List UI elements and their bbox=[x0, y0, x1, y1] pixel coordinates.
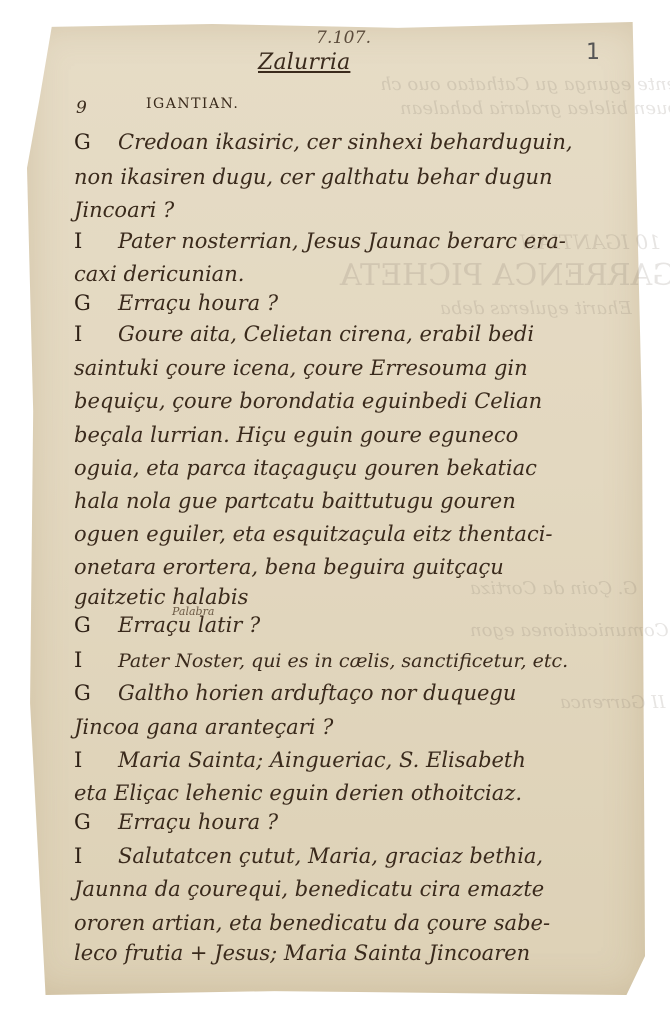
speaker-label: G bbox=[74, 291, 100, 315]
section-number: 9 bbox=[76, 98, 87, 118]
speaker-label: I bbox=[74, 748, 100, 772]
dialogue-line: IMaria Sainta; Aingueriac, S. Elisabeth bbox=[74, 748, 526, 772]
line-text: Credoan ikasiric, cer sinhexi behardugui… bbox=[118, 130, 573, 154]
line-text: onetara erortera, bena beguira guitçaçu bbox=[74, 555, 504, 579]
line-text: oguia, eta parca itaçaguçu gouren bekati… bbox=[74, 456, 537, 480]
dialogue-line: ororen artian, eta benedicatu da çoure s… bbox=[74, 911, 550, 935]
dialogue-line: gaitzetic halabis bbox=[74, 585, 248, 609]
line-text: Jaunna da çourequi, benedicatu cira emaz… bbox=[74, 877, 544, 901]
dialogue-line: Jincoari ? bbox=[74, 198, 174, 222]
line-text: Jincoari ? bbox=[74, 198, 174, 222]
line-text: hala nola gue partcatu baittutugu gouren bbox=[74, 489, 516, 513]
line-text: Pater nosterrian, Jesus Jaunac berarc er… bbox=[118, 229, 566, 253]
dialogue-line: saintuki çoure icena, çoure Erresouma gi… bbox=[74, 356, 528, 380]
dialogue-line: GErraçu latir ? bbox=[74, 613, 260, 637]
bleed-through-text: ama gehiente egunga gu Cathatao ouo ch bbox=[380, 74, 670, 95]
speaker-label: G bbox=[74, 681, 100, 705]
dialogue-line: IPater Noster, qui es in cælis, sanctifi… bbox=[74, 648, 568, 672]
bleed-through-text: II Garrenca bbox=[560, 692, 665, 713]
line-text: ororen artian, eta benedicatu da çoure s… bbox=[74, 911, 550, 935]
line-text: Maria Sainta; Aingueriac, S. Elisabeth bbox=[118, 748, 526, 772]
page-title: Zalurria bbox=[258, 50, 350, 75]
line-text: leco frutia + Jesus; Maria Sainta Jincoa… bbox=[74, 941, 530, 965]
section-heading: IGANTIAN. bbox=[146, 96, 239, 112]
line-text: Erraçu houra ? bbox=[118, 291, 278, 315]
dialogue-line: Jincoa gana aranteçari ? bbox=[74, 715, 333, 739]
dialogue-line: IPater nosterrian, Jesus Jaunac berarc e… bbox=[74, 229, 566, 253]
speaker-label: I bbox=[74, 844, 100, 868]
line-text: Erraçu latir ? bbox=[118, 613, 260, 637]
line-text: gaitzetic halabis bbox=[74, 585, 248, 609]
dialogue-line: Jaunna da çourequi, benedicatu cira emaz… bbox=[74, 877, 544, 901]
bleed-through-text: gouen bilelea gralaria bahalean bbox=[400, 98, 670, 119]
line-text: oguen eguiler, eta esquitzaçula eitz the… bbox=[74, 522, 553, 546]
line-text: Erraçu houra ? bbox=[118, 810, 278, 834]
line-text: caxi dericunian. bbox=[74, 262, 244, 286]
line-text: Pater Noster, qui es in cælis, sanctific… bbox=[118, 650, 568, 672]
line-text: non ikasiren dugu, cer galthatu behar du… bbox=[74, 165, 553, 189]
bleed-through-text: G. Çoin da Cortiza bbox=[470, 578, 637, 599]
line-text: bequiçu, çoure borondatia eguinbedi Celi… bbox=[74, 389, 542, 413]
pencil-note: 7.107. bbox=[316, 28, 371, 48]
dialogue-line: leco frutia + Jesus; Maria Sainta Jincoa… bbox=[74, 941, 530, 965]
dialogue-line: oguen eguiler, eta esquitzaçula eitz the… bbox=[74, 522, 553, 546]
line-text: Galtho horien arduftaço nor duquegu bbox=[118, 681, 516, 705]
dialogue-line: onetara erortera, bena beguira guitçaçu bbox=[74, 555, 504, 579]
bleed-through-text: Eharit eguleras deba bbox=[440, 298, 632, 319]
line-text: saintuki çoure icena, çoure Erresouma gi… bbox=[74, 356, 528, 380]
dialogue-line: bequiçu, çoure borondatia eguinbedi Celi… bbox=[74, 389, 542, 413]
dialogue-line: hala nola gue partcatu baittutugu gouren bbox=[74, 489, 516, 513]
speaker-label: I bbox=[74, 648, 100, 672]
speaker-label: G bbox=[74, 613, 100, 637]
line-text: beçala lurrian. Hiçu eguin goure eguneco bbox=[74, 423, 518, 447]
dialogue-line: GGaltho horien arduftaço nor duquegu bbox=[74, 681, 516, 705]
dialogue-line: IGoure aita, Celietan cirena, erabil bed… bbox=[74, 322, 534, 346]
folio-number: 1 bbox=[586, 40, 600, 65]
line-text: Salutatcen çutut, Maria, graciaz bethia, bbox=[118, 844, 543, 868]
bleed-through-text: I Comunicationea egon bbox=[470, 620, 670, 641]
line-text: Goure aita, Celietan cirena, erabil bedi bbox=[118, 322, 534, 346]
dialogue-line: GCredoan ikasiric, cer sinhexi behardugu… bbox=[74, 130, 573, 154]
dialogue-line: GErraçu houra ? bbox=[74, 291, 278, 315]
speaker-label: I bbox=[74, 229, 100, 253]
speaker-label: I bbox=[74, 322, 100, 346]
dialogue-line: caxi dericunian. bbox=[74, 262, 244, 286]
line-text: eta Eliçac lehenic eguin derien othoitci… bbox=[74, 781, 522, 805]
speaker-label: G bbox=[74, 810, 100, 834]
line-text: Jincoa gana aranteçari ? bbox=[74, 715, 333, 739]
dialogue-line: oguia, eta parca itaçaguçu gouren bekati… bbox=[74, 456, 537, 480]
dialogue-line: eta Eliçac lehenic eguin derien othoitci… bbox=[74, 781, 522, 805]
bleed-through-text: SEY GARRENCA PICHETA bbox=[340, 258, 670, 293]
dialogue-line: GErraçu houra ? bbox=[74, 810, 278, 834]
speaker-label: G bbox=[74, 130, 100, 154]
dialogue-line: ISalutatcen çutut, Maria, graciaz bethia… bbox=[74, 844, 543, 868]
dialogue-line: beçala lurrian. Hiçu eguin goure eguneco bbox=[74, 423, 518, 447]
dialogue-line: non ikasiren dugu, cer galthatu behar du… bbox=[74, 165, 553, 189]
